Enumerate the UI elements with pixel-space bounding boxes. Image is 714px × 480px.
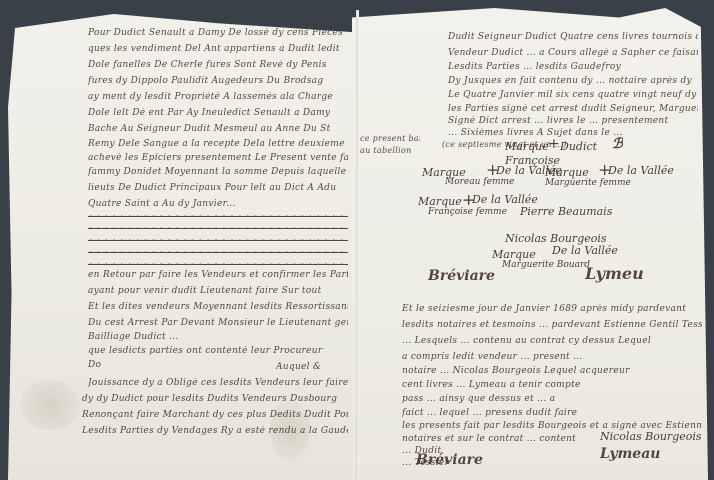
text-line: lieuts De Dudict Principaux Pour lelt au… <box>88 183 348 193</box>
text-line: Pour Dudict Senault a Damy De lossé dy c… <box>88 28 348 38</box>
text-line: Do <box>88 360 128 370</box>
text-line: Du cest Arrest Par Devant Monsieur le Li… <box>88 318 348 328</box>
manuscript-scan: Pour Dudict Senault a Damy De lossé dy c… <box>0 0 714 480</box>
text-line: Quatre Saint a Au dy Janvier... <box>88 199 348 209</box>
signature: Marque <box>505 140 549 153</box>
text-line: fammy Donidet Moyennant la somme Depuis … <box>88 167 348 177</box>
text-line: Lesdits Parties dy Vendages Ry a esté re… <box>82 426 348 436</box>
text-line: que lesdicts parties ont contenté leur P… <box>88 346 348 356</box>
signature-nicolas-bourgeois: Nicolas Bourgeois <box>600 430 702 443</box>
text-line: en Retour par faire les Vendeurs et conf… <box>88 270 348 280</box>
signature-breviare: Bréviare <box>428 268 495 284</box>
signature-breviare: Bréviare <box>416 452 483 468</box>
text-line: notaire ... Nicolas Bourgeois Lequel acq… <box>402 366 702 376</box>
text-line: Bache Au Seigneur Dudit Mesmeul au Anne … <box>88 124 348 134</box>
text-line: cent livres ... Lymeau a tenir compte <box>402 380 702 390</box>
text-line: Remy Dele Sangue a la recepte Dela lettr… <box>88 139 348 149</box>
text-line: ques les vendiment Del Ant appartiens a … <box>88 44 348 54</box>
text-line: Signé Dict arrest ... livres le ... pres… <box>448 116 698 126</box>
text-line: ay ment dy lesdit Propriété A lassemés a… <box>88 92 348 102</box>
text-line: Auquel & <box>276 362 346 372</box>
text-line: dy dy Dudict pour lesdits Dudits Vendeur… <box>82 394 348 404</box>
cross-mark: + <box>548 136 560 152</box>
text-line: Vendeur Dudict ... a Cours allegé a Saph… <box>448 48 698 58</box>
text-line: notaires et sur le contrat ... content <box>402 434 592 444</box>
text-line: Renonçant faire Marchant dy ces plus Ded… <box>82 410 348 420</box>
text-line: Dudit Seigneur Dudict Quatre cens livres… <box>448 32 698 42</box>
signature-lymeau: Lymeu <box>585 264 644 283</box>
text-line: Jouissance dy a Obligé ces lesdits Vende… <box>88 378 348 388</box>
signature-pierre-beaumais: Pierre Beaumais <box>520 205 612 218</box>
signature-lymeau: Lymeau <box>600 446 660 462</box>
text-line: lesdits notaires et tesmoins ... pardeva… <box>402 320 702 330</box>
text-line: a compris ledit vendeur ... present ... <box>402 352 702 362</box>
text-line: Bailliage Dudict ... <box>88 332 348 342</box>
text-line: Dole fanelles De Cherle fures Sont Revé … <box>88 60 348 70</box>
text-line: faict ... lequel ... presens dudit faire <box>402 408 702 418</box>
paper-stain <box>20 380 80 430</box>
text-line: Et le seiziesme jour de Janvier 1689 apr… <box>402 304 702 314</box>
signature: Dudict <box>560 140 597 153</box>
text-line: Le Quatre Janvier mil six cens quatre vi… <box>448 90 698 100</box>
text-line: pass ... ainsy que dessus et ... a <box>402 394 702 404</box>
text-line: les Parties signé cet arrest dudit Seign… <box>448 104 698 114</box>
text-line: fures dy Dippolo Paulidit Augedeurs Du B… <box>88 76 348 86</box>
text-line: Lesdits Parties ... lesdits Gaudefroy <box>448 62 698 72</box>
text-line: Dy Jusques en fait contenu dy ... nottai… <box>448 76 698 86</box>
text-line: Dole lelt Dé ent Par Ay Ineuledict Senau… <box>88 108 348 118</box>
text-line: ... Sixièmes livres A Sujet dans le ... <box>448 128 698 138</box>
text-line: Et les dites vendeurs Moyennant lesdits … <box>88 302 348 312</box>
text-line: ayant pour venir dudit Lieutenant faire … <box>88 286 348 296</box>
page-fold <box>356 10 359 480</box>
text-line: achevé les Epiciers presentement Le Pres… <box>88 153 348 163</box>
paraph-monogram: ℬ <box>612 136 623 152</box>
text-line: ... Lesquels ... contenu au contrat cy d… <box>402 336 702 346</box>
